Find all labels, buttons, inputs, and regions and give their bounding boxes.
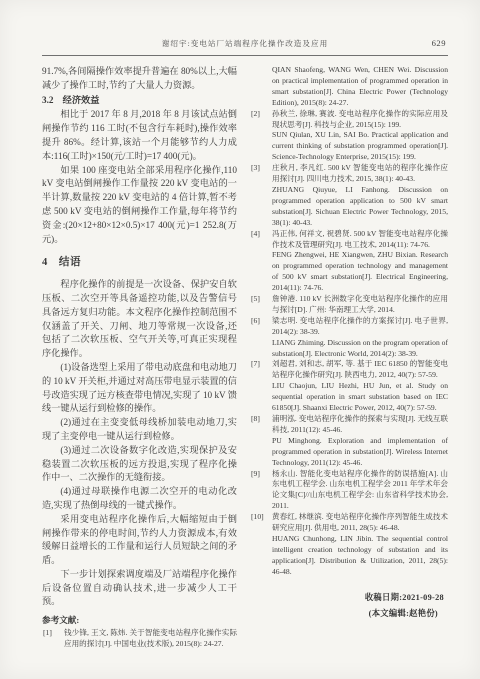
paragraph-conclusion-4: (3)通过二次设备数字化改造,实现保护及安稳装置二次软压板的远方投退,实现了程序… xyxy=(42,444,237,485)
ref-text-en: PU Minghong. Exploration and implementat… xyxy=(272,436,448,469)
editor-note: (本文编辑:赵艳份) xyxy=(250,607,448,619)
ref-text-en: LIU Chaojun, LIU Hezhi, HU Jun, et al. S… xyxy=(272,381,448,414)
ref-number: [10] xyxy=(251,512,264,523)
ref-number: [9] xyxy=(251,469,260,480)
ref-text-en: SUN Qiulan, XU Lin, SAI Bo. Practical ap… xyxy=(272,130,448,163)
ref-text-zh: 庄秋月, 李凡红. 500 kV 智能变电站的程序化操作应用探讨[J]. 四川电… xyxy=(272,163,448,185)
reference-item: [5] 詹钟港. 110 kV 长洲数字化变电站程序化操作的应用与探讨[D]. … xyxy=(250,294,448,316)
reference-item: [9] 杨永山. 智能化变电站程序化操作的防误措施[A]. 山东电机工程学会. … xyxy=(250,469,448,513)
ref-number: [6] xyxy=(251,316,260,327)
received-date-label: 收稿日期: xyxy=(365,593,402,602)
reference-item: [7] 刘超君, 刘和志, 胡军, 等. 基于 IEC 61850 的智能变电站… xyxy=(250,359,448,414)
right-column: QIAN Shaofeng, WANG Wen, CHEN Wei. Discu… xyxy=(250,65,448,650)
paragraph-conclusion-7: 下一步计划探索调度端及厂站端程序化操作后设备位置自动确认技术,进一步减少人工干预… xyxy=(42,568,237,609)
page-header: 谢绍宇:变电站厂站端程序化操作改造及应用 629 xyxy=(42,38,448,51)
reference-item: [4] 冯正伟, 何祥文, 祝碧贤. 500 kV 智能变电站程序化操作技术及管… xyxy=(250,229,448,294)
ref-text-en: ZHUANG Qiuyue, LI Fanhong. Discussion on… xyxy=(272,185,448,229)
header-rule xyxy=(42,55,448,56)
ref-text-zh: 刘超君, 刘和志, 胡军, 等. 基于 IEC 61850 的智能变电站程序化操… xyxy=(272,359,448,381)
ref-text-zh: 冯正伟, 何祥文, 祝碧贤. 500 kV 智能变电站程序化操作技术及管理研究[… xyxy=(272,229,448,251)
paragraph-conclusion-6: 采用变电站程序化操作后,大幅缩短由于倒闸操作带来的停电时间,节约人力资源成本,有… xyxy=(42,513,237,568)
ref-text-zh: 梁志明. 变电站程序化操作的方案探讨[J]. 电子世界, 2014(2): 38… xyxy=(272,316,448,338)
reference-item-continuation: QIAN Shaofeng, WANG Wen, CHEN Wei. Discu… xyxy=(250,65,448,109)
section-heading-economic: 3.2 经济效益 xyxy=(42,94,237,108)
ref-text-zh: 钱少锋, 王文, 陈炜. 关于智能变电站程序化操作实际应用的探讨[J]. 中国电… xyxy=(64,628,237,650)
ref-text-zh: 浦明泓. 变电站程序化操作的探索与实现[J]. 无线互联科技, 2011(12)… xyxy=(272,414,448,436)
ref-text-en: LIANG Zhiming. Discussion on the program… xyxy=(272,338,448,360)
reference-item: [1] 钱少锋, 王文, 陈炜. 关于智能变电站程序化操作实际应用的探讨[J].… xyxy=(42,628,237,650)
paragraph-conclusion-5: (4)通过母联操作电源二次空开的电动化改造,实现了热倒母线的一键式操作。 xyxy=(42,485,237,513)
ref-number: [4] xyxy=(251,229,260,240)
paragraph-conclusion-2: (1)设备选型上采用了带电动底盘和电动地刀的 10 kV 开关柜,并通过对高压带… xyxy=(42,361,237,416)
ref-number: [7] xyxy=(251,359,260,370)
two-column-body: 91.7%,各间隔操作效率提升普遍在 80%以上,大幅减少了操作工时,节约了大量… xyxy=(42,65,448,650)
paragraph-economic-2: 如果 100 座变电站全部采用程序化操作,110 kV 变电站倒闸操作工作量按 … xyxy=(42,164,237,247)
received-date-value: 2021-09-28 xyxy=(402,593,444,602)
ref-text-zh: 詹钟港. 110 kV 长洲数字化变电站程序化操作的应用与探讨[D]. 广州: … xyxy=(272,294,448,316)
running-title: 谢绍宇:变电站厂站端程序化操作改造及应用 xyxy=(42,38,448,49)
ref-number: [8] xyxy=(251,414,260,425)
reference-item: [3] 庄秋月, 李凡红. 500 kV 智能变电站的程序化操作应用探讨[J].… xyxy=(250,163,448,228)
ref-number: [5] xyxy=(251,294,260,305)
ref-number: [1] xyxy=(43,628,52,639)
ref-text-zh: 杨永山. 智能化变电站程序化操作的防误措施[A]. 山东电机工程学会. 山东电机… xyxy=(272,469,448,513)
paragraph-continuation: 91.7%,各间隔操作效率提升普遍在 80%以上,大幅减少了操作工时,节约了大量… xyxy=(42,65,237,93)
references-heading: 参考文献: xyxy=(42,614,237,626)
paper-page: 谢绍宇:变电站厂站端程序化操作改造及应用 629 91.7%,各间隔操作效率提升… xyxy=(0,0,480,679)
ref-text-en: FENG Zhengwei, HE Xiangwen, ZHU Bixian. … xyxy=(272,250,448,294)
reference-item: [6] 梁志明. 变电站程序化操作的方案探讨[J]. 电子世界, 2014(2)… xyxy=(250,316,448,360)
ref-text-en: HUANG Chunhong, LIN Jibin. The sequentia… xyxy=(272,534,448,578)
reference-item: [10] 黄春红, 林继滨. 变电站程序化操作序列智能生成技术研究应用[J]. … xyxy=(250,512,448,577)
ref-text-zh: 孙秋兰, 徐琳, 赛波. 变电站程序化操作的实际应用及现状思考[J]. 科技与企… xyxy=(272,109,448,131)
reference-item: [8] 浦明泓. 变电站程序化操作的探索与实现[J]. 无线互联科技, 2011… xyxy=(250,414,448,469)
left-column: 91.7%,各间隔操作效率提升普遍在 80%以上,大幅减少了操作工时,节约了大量… xyxy=(42,65,237,650)
page-number: 629 xyxy=(432,38,446,48)
paragraph-conclusion-3: (2)通过在主变变低母线桥加装电动地刀,实现了主变停电一键从运行到检修。 xyxy=(42,416,237,444)
section-heading-conclusion: 4 结语 xyxy=(42,256,237,270)
ref-number: [3] xyxy=(251,163,260,174)
received-date-line: 收稿日期:2021-09-28 xyxy=(250,591,448,603)
page-content: 谢绍宇:变电站厂站端程序化操作改造及应用 629 91.7%,各间隔操作效率提升… xyxy=(42,38,448,650)
reference-item: [2] 孙秋兰, 徐琳, 赛波. 变电站程序化操作的实际应用及现状思考[J]. … xyxy=(250,109,448,164)
paragraph-conclusion-1: 程序化操作的前提是一次设备、保护安自软压板、二次空开等具备遥控功能,以及告警信号… xyxy=(42,278,237,361)
ref-number: [2] xyxy=(251,109,260,120)
ref-text-en: QIAN Shaofeng, WANG Wen, CHEN Wei. Discu… xyxy=(272,65,448,109)
paragraph-economic-1: 相比于 2017 年 8 月,2018 年 8 月该试点站倒闸操作节约 116 … xyxy=(42,108,237,163)
ref-text-zh: 黄春红, 林继滨. 变电站程序化操作序列智能生成技术研究应用[J]. 供用电, … xyxy=(272,512,448,534)
